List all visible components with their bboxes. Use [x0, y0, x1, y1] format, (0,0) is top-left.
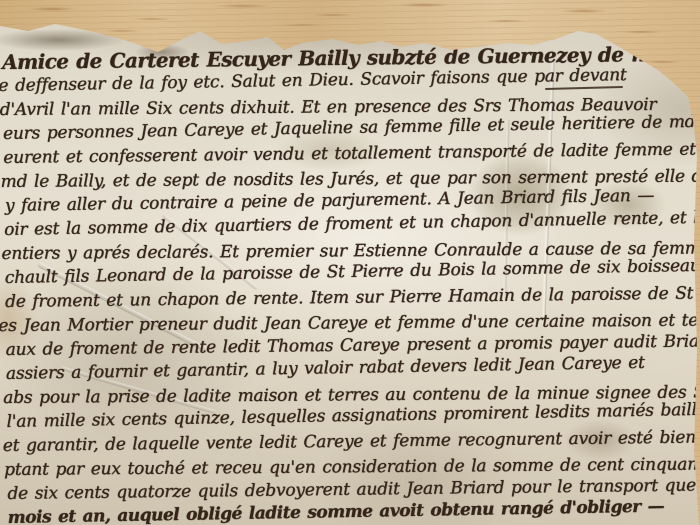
manuscript-text: Amice de Carteret Escuyer Bailly subzté …: [2, 41, 700, 525]
parchment-document: Amice de Carteret Escuyer Bailly subzté …: [0, 0, 700, 525]
photo-of-manuscript: Amice de Carteret Escuyer Bailly subzté …: [0, 0, 700, 525]
